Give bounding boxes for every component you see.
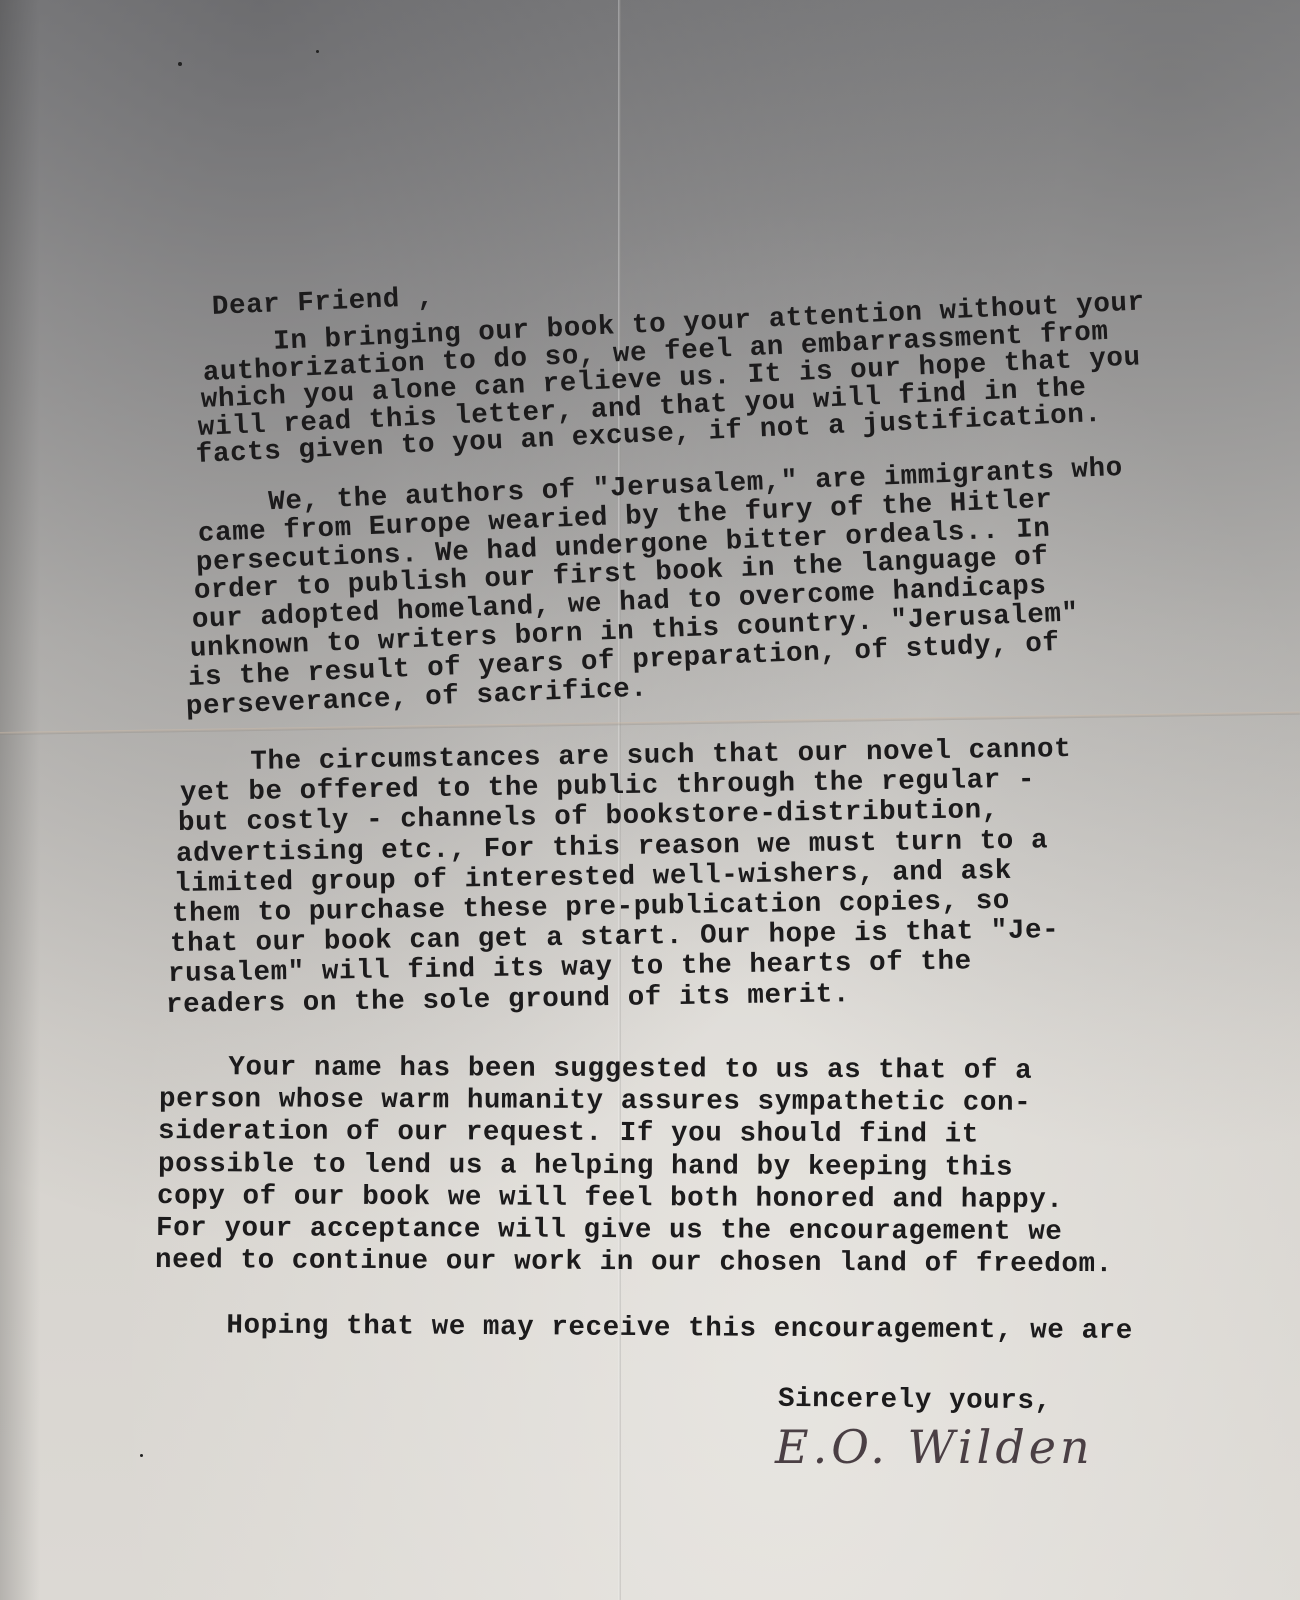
typed-line: copy of our book we will feel both honor… — [157, 1181, 1064, 1216]
typed-line: possible to lend us a helping hand by ke… — [158, 1149, 1013, 1184]
ink-speck — [178, 62, 182, 66]
typed-line: For your acceptance will give us the enc… — [156, 1213, 1063, 1248]
ink-speck — [140, 1454, 143, 1457]
typed-line: sideration of our request. If you should… — [158, 1116, 979, 1151]
letter-paper: Dear Friend , In bringing our book to yo… — [0, 0, 1300, 1600]
ink-speck — [316, 50, 319, 53]
typed-line: need to continue our work in our chosen … — [155, 1245, 1113, 1280]
typed-line: Your name has been suggested to us as th… — [160, 1052, 1032, 1087]
typed-line: person whose warm humanity assures sympa… — [159, 1084, 1031, 1119]
typed-line: Hoping that we may receive this encourag… — [158, 1310, 1133, 1347]
signature-text: E.O. Wilden — [775, 1420, 1094, 1474]
closing: Sincerely yours, — [778, 1384, 1052, 1417]
letter-body: Dear Friend , In bringing our book to yo… — [0, 0, 68, 155]
handwritten-signature: E.O. Wilden — [775, 1420, 1125, 1500]
salutation: Dear Friend , — [211, 283, 434, 323]
